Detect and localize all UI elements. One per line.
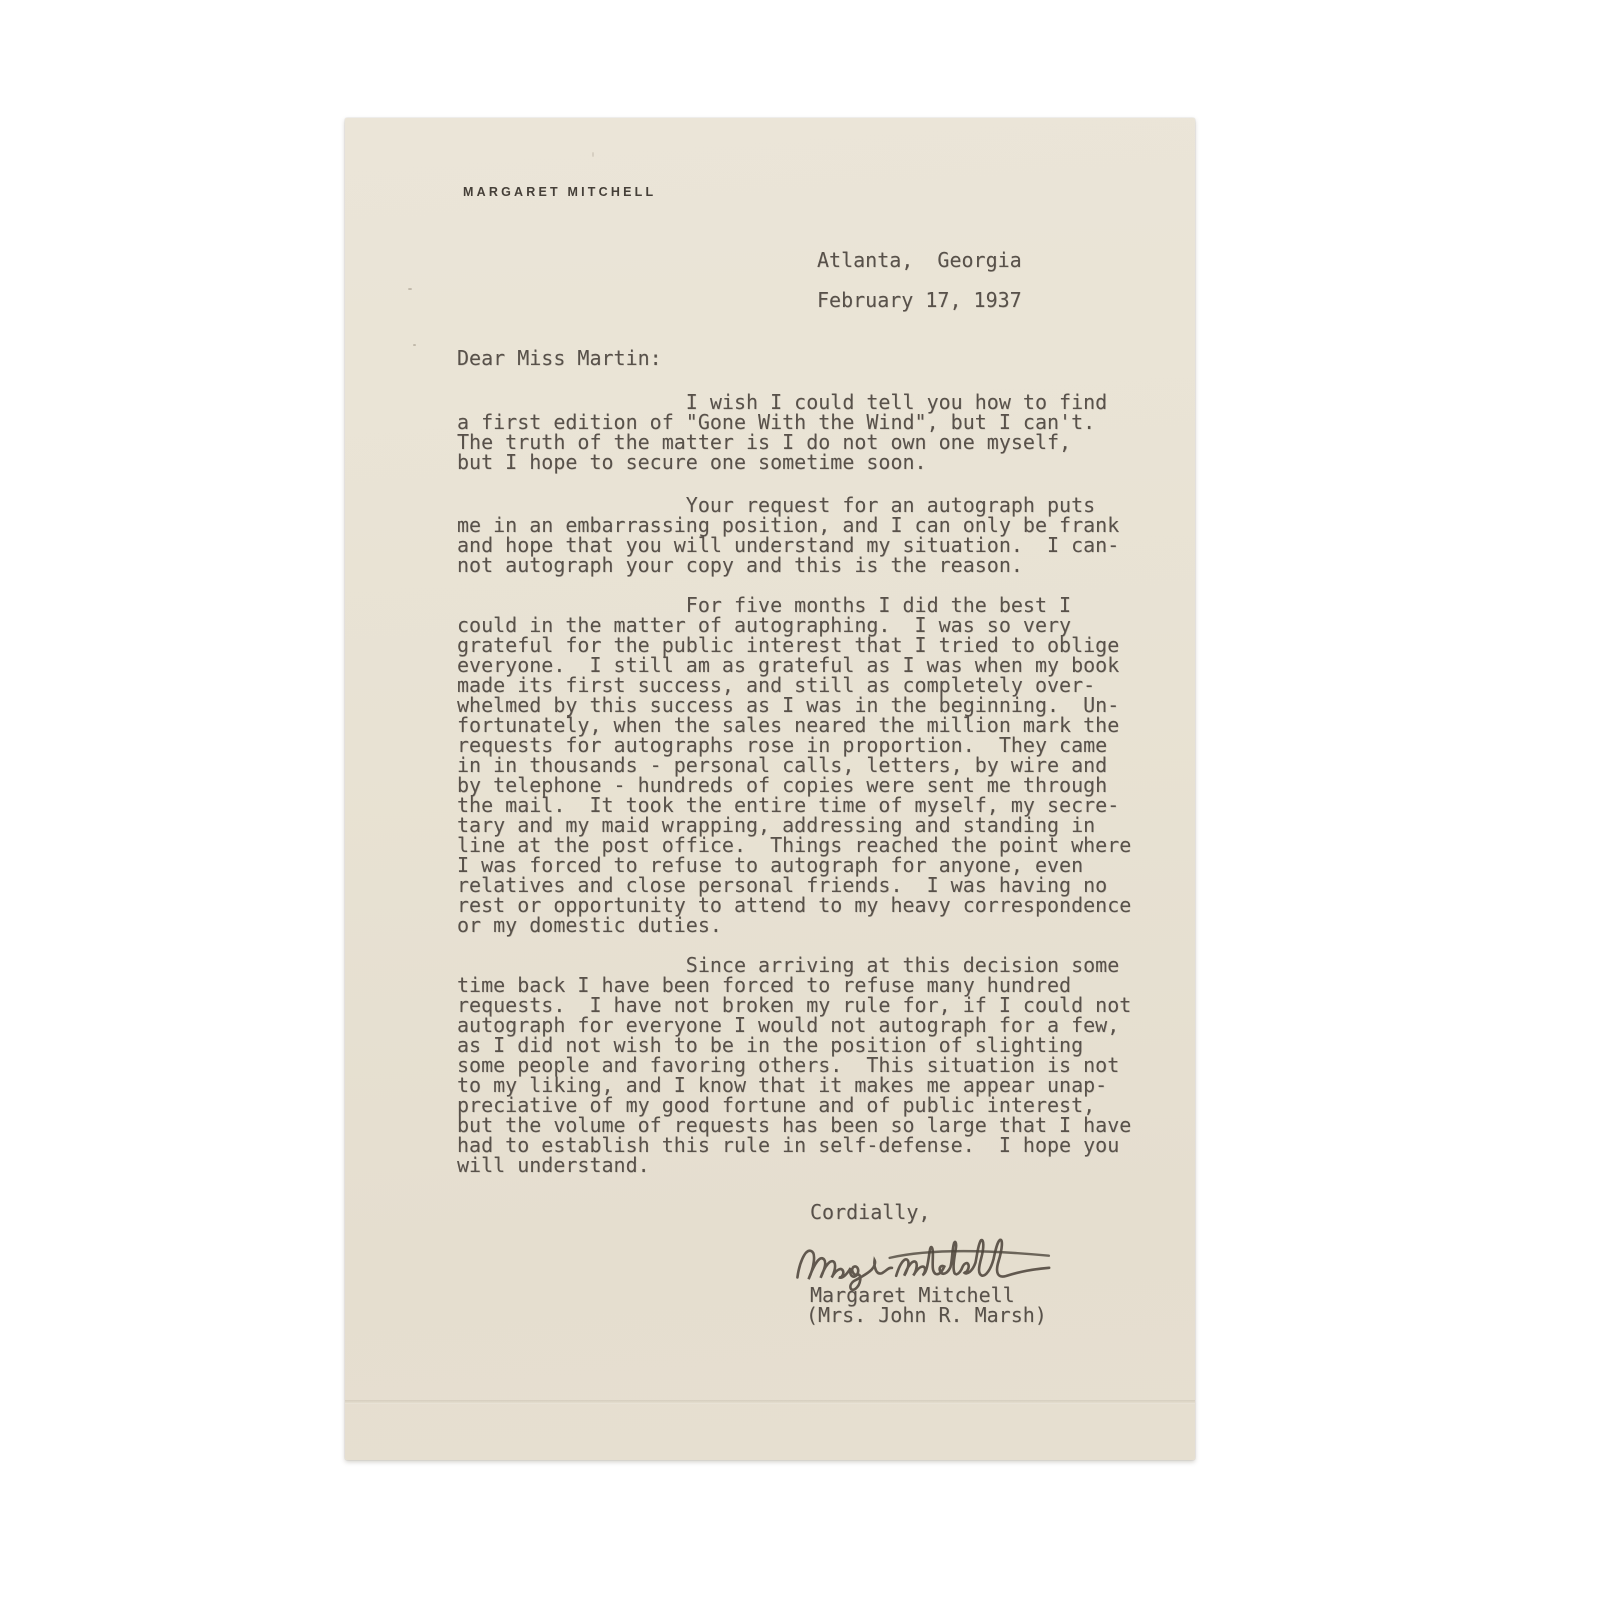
paper-crease bbox=[345, 1400, 1195, 1404]
date-line: February 17, 1937 bbox=[817, 290, 1022, 310]
photo-background: MARGARET MITCHELL Atlanta, Georgia Febru… bbox=[0, 0, 1600, 1600]
salutation: Dear Miss Martin: bbox=[457, 348, 662, 368]
typed-name: Margaret Mitchell bbox=[810, 1285, 1015, 1305]
paragraph-1: I wish I could tell you how to find a fi… bbox=[457, 392, 1107, 472]
letter-paper: MARGARET MITCHELL Atlanta, Georgia Febru… bbox=[345, 118, 1195, 1460]
paragraph-2: Your request for an autograph puts me in… bbox=[457, 495, 1119, 575]
closing: Cordially, bbox=[810, 1202, 930, 1222]
paper-speck bbox=[408, 288, 412, 290]
place-line: Atlanta, Georgia bbox=[817, 250, 1022, 270]
paper-speck bbox=[413, 344, 416, 346]
typed-title: (Mrs. John R. Marsh) bbox=[806, 1305, 1047, 1325]
paper-speck bbox=[592, 152, 594, 157]
paragraph-3: For five months I did the best I could i… bbox=[457, 595, 1131, 935]
letterhead: MARGARET MITCHELL bbox=[463, 185, 656, 199]
paragraph-4: Since arriving at this decision some tim… bbox=[457, 955, 1131, 1175]
